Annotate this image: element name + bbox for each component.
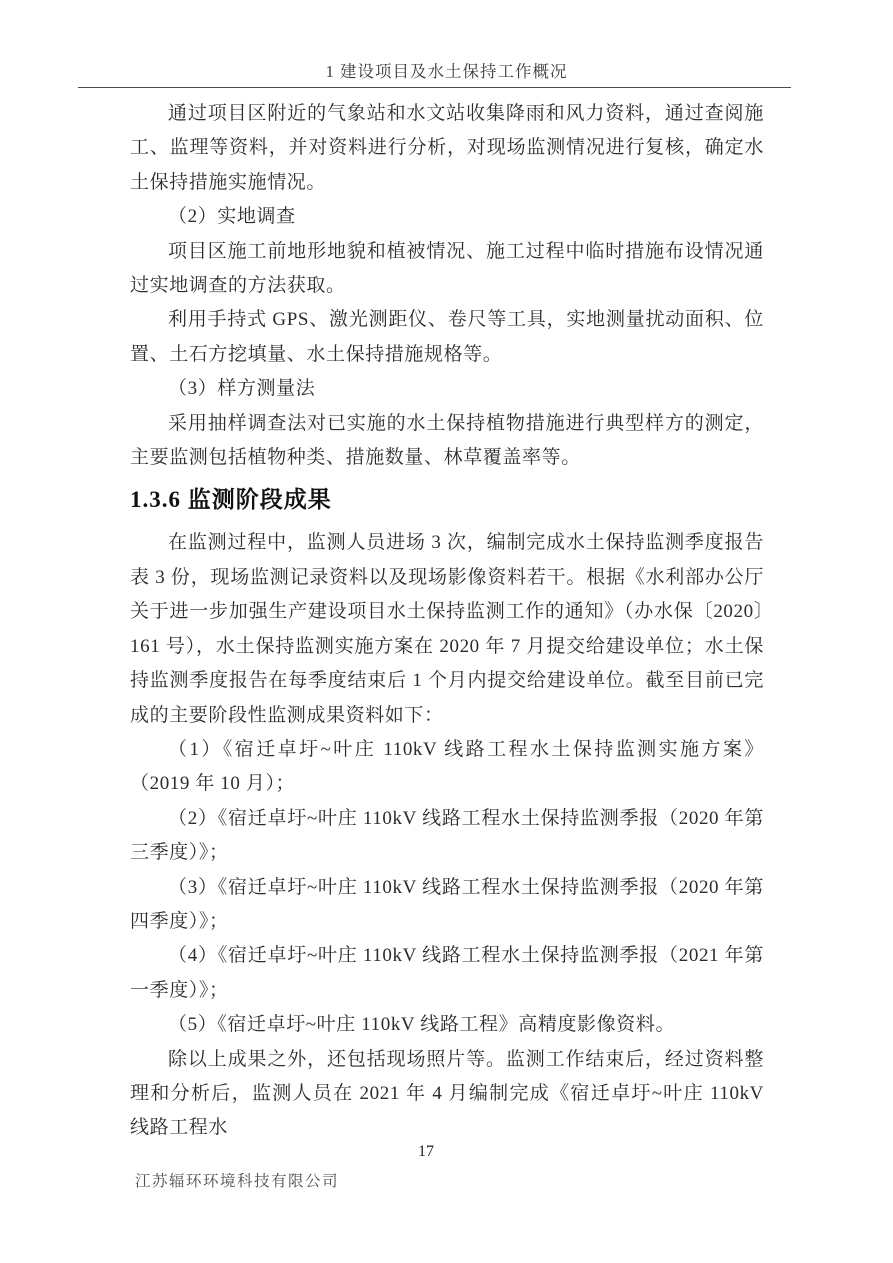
page-header-title: 1 建设项目及水土保持工作概况: [0, 58, 893, 82]
footer-company-name: 江苏辐环环境科技有限公司: [135, 1169, 339, 1191]
paragraph: （3）样方测量法: [130, 372, 764, 406]
paragraph: 通过项目区附近的气象站和水文站收集降雨和风力资料，通过查阅施工、监理等资料，并对…: [130, 97, 764, 200]
paragraph: 项目区施工前地形地貌和植被情况、施工过程中临时措施布设情况通过实地调查的方法获取…: [130, 235, 764, 304]
paragraph: 在监测过程中，监测人员进场 3 次，编制完成水土保持监测季度报告表 3 份，现场…: [130, 526, 764, 732]
list-item-1: （1）《宿迁卓圩~叶庄 110kV 线路工程水土保持监测实施方案》（2019 年…: [130, 733, 764, 802]
list-item-2: （2）《宿迁卓圩~叶庄 110kV 线路工程水土保持监测季报（2020 年第三季…: [130, 802, 764, 871]
page-number: 17: [0, 1143, 852, 1161]
document-body: 通过项目区附近的气象站和水文站收集降雨和风力资料，通过查阅施工、监理等资料，并对…: [130, 97, 764, 1146]
paragraph: 采用抽样调查法对已实施的水土保持植物措施进行典型样方的测定，主要监测包括植物种类…: [130, 407, 764, 476]
paragraph: 除以上成果之外，还包括现场照片等。监测工作结束后，经过资料整理和分析后，监测人员…: [130, 1043, 764, 1146]
paragraph: （2）实地调查: [130, 200, 764, 234]
list-item-4: （4）《宿迁卓圩~叶庄 110kV 线路工程水土保持监测季报（2021 年第一季…: [130, 939, 764, 1008]
paragraph: 利用手持式 GPS、激光测距仪、卷尺等工具，实地测量扰动面积、位置、土石方挖填量…: [130, 303, 764, 372]
header-divider: [78, 87, 791, 88]
document-page: 1 建设项目及水土保持工作概况 通过项目区附近的气象站和水文站收集降雨和风力资料…: [0, 0, 893, 1263]
section-heading-1-3-6: 1.3.6 监测阶段成果: [130, 480, 764, 520]
list-item-5: （5）《宿迁卓圩~叶庄 110kV 线路工程》高精度影像资料。: [130, 1008, 764, 1042]
list-item-3: （3）《宿迁卓圩~叶庄 110kV 线路工程水土保持监测季报（2020 年第四季…: [130, 871, 764, 940]
